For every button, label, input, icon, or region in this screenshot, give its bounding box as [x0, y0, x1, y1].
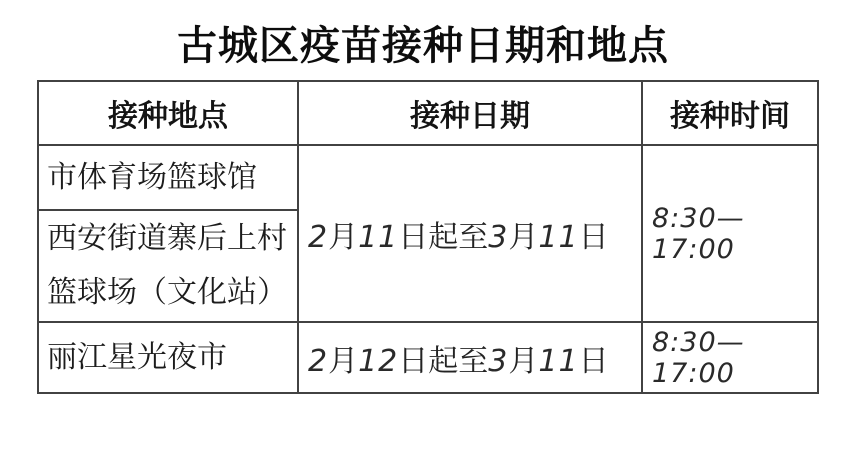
date-cell-merged: 2月11日起至3月11日: [298, 145, 642, 322]
table-header: 接种地点 接种日期 接种时间: [38, 81, 818, 145]
location-cell: 丽江星光夜市: [38, 322, 298, 393]
location-cell: 市体育场篮球馆: [38, 145, 298, 210]
col-header-time: 接种时间: [642, 81, 818, 145]
table-body: 市体育场篮球馆 2月11日起至3月11日 8:30—17:00 西安街道寨后上村…: [38, 145, 818, 393]
location-cell: 西安街道寨后上村篮球场（文化站）: [38, 210, 298, 322]
vaccination-table: 接种地点 接种日期 接种时间 市体育场篮球馆 2月11日起至3月11日 8:30…: [37, 80, 819, 394]
time-cell: 8:30—17:00: [642, 322, 818, 393]
col-header-date: 接种日期: [298, 81, 642, 145]
date-cell: 2月12日起至3月11日: [298, 322, 642, 393]
header-row: 接种地点 接种日期 接种时间: [38, 81, 818, 145]
col-header-location: 接种地点: [38, 81, 298, 145]
page-title: 古城区疫苗接种日期和地点: [33, 24, 813, 68]
table-row: 市体育场篮球馆 2月11日起至3月11日 8:30—17:00: [38, 145, 818, 210]
page: 古城区疫苗接种日期和地点 接种地点 接种日期 接种时间 市体育场篮球馆 2月11…: [0, 0, 845, 450]
table-row: 丽江星光夜市 2月12日起至3月11日 8:30—17:00: [38, 322, 818, 393]
time-cell-merged: 8:30—17:00: [642, 145, 818, 322]
